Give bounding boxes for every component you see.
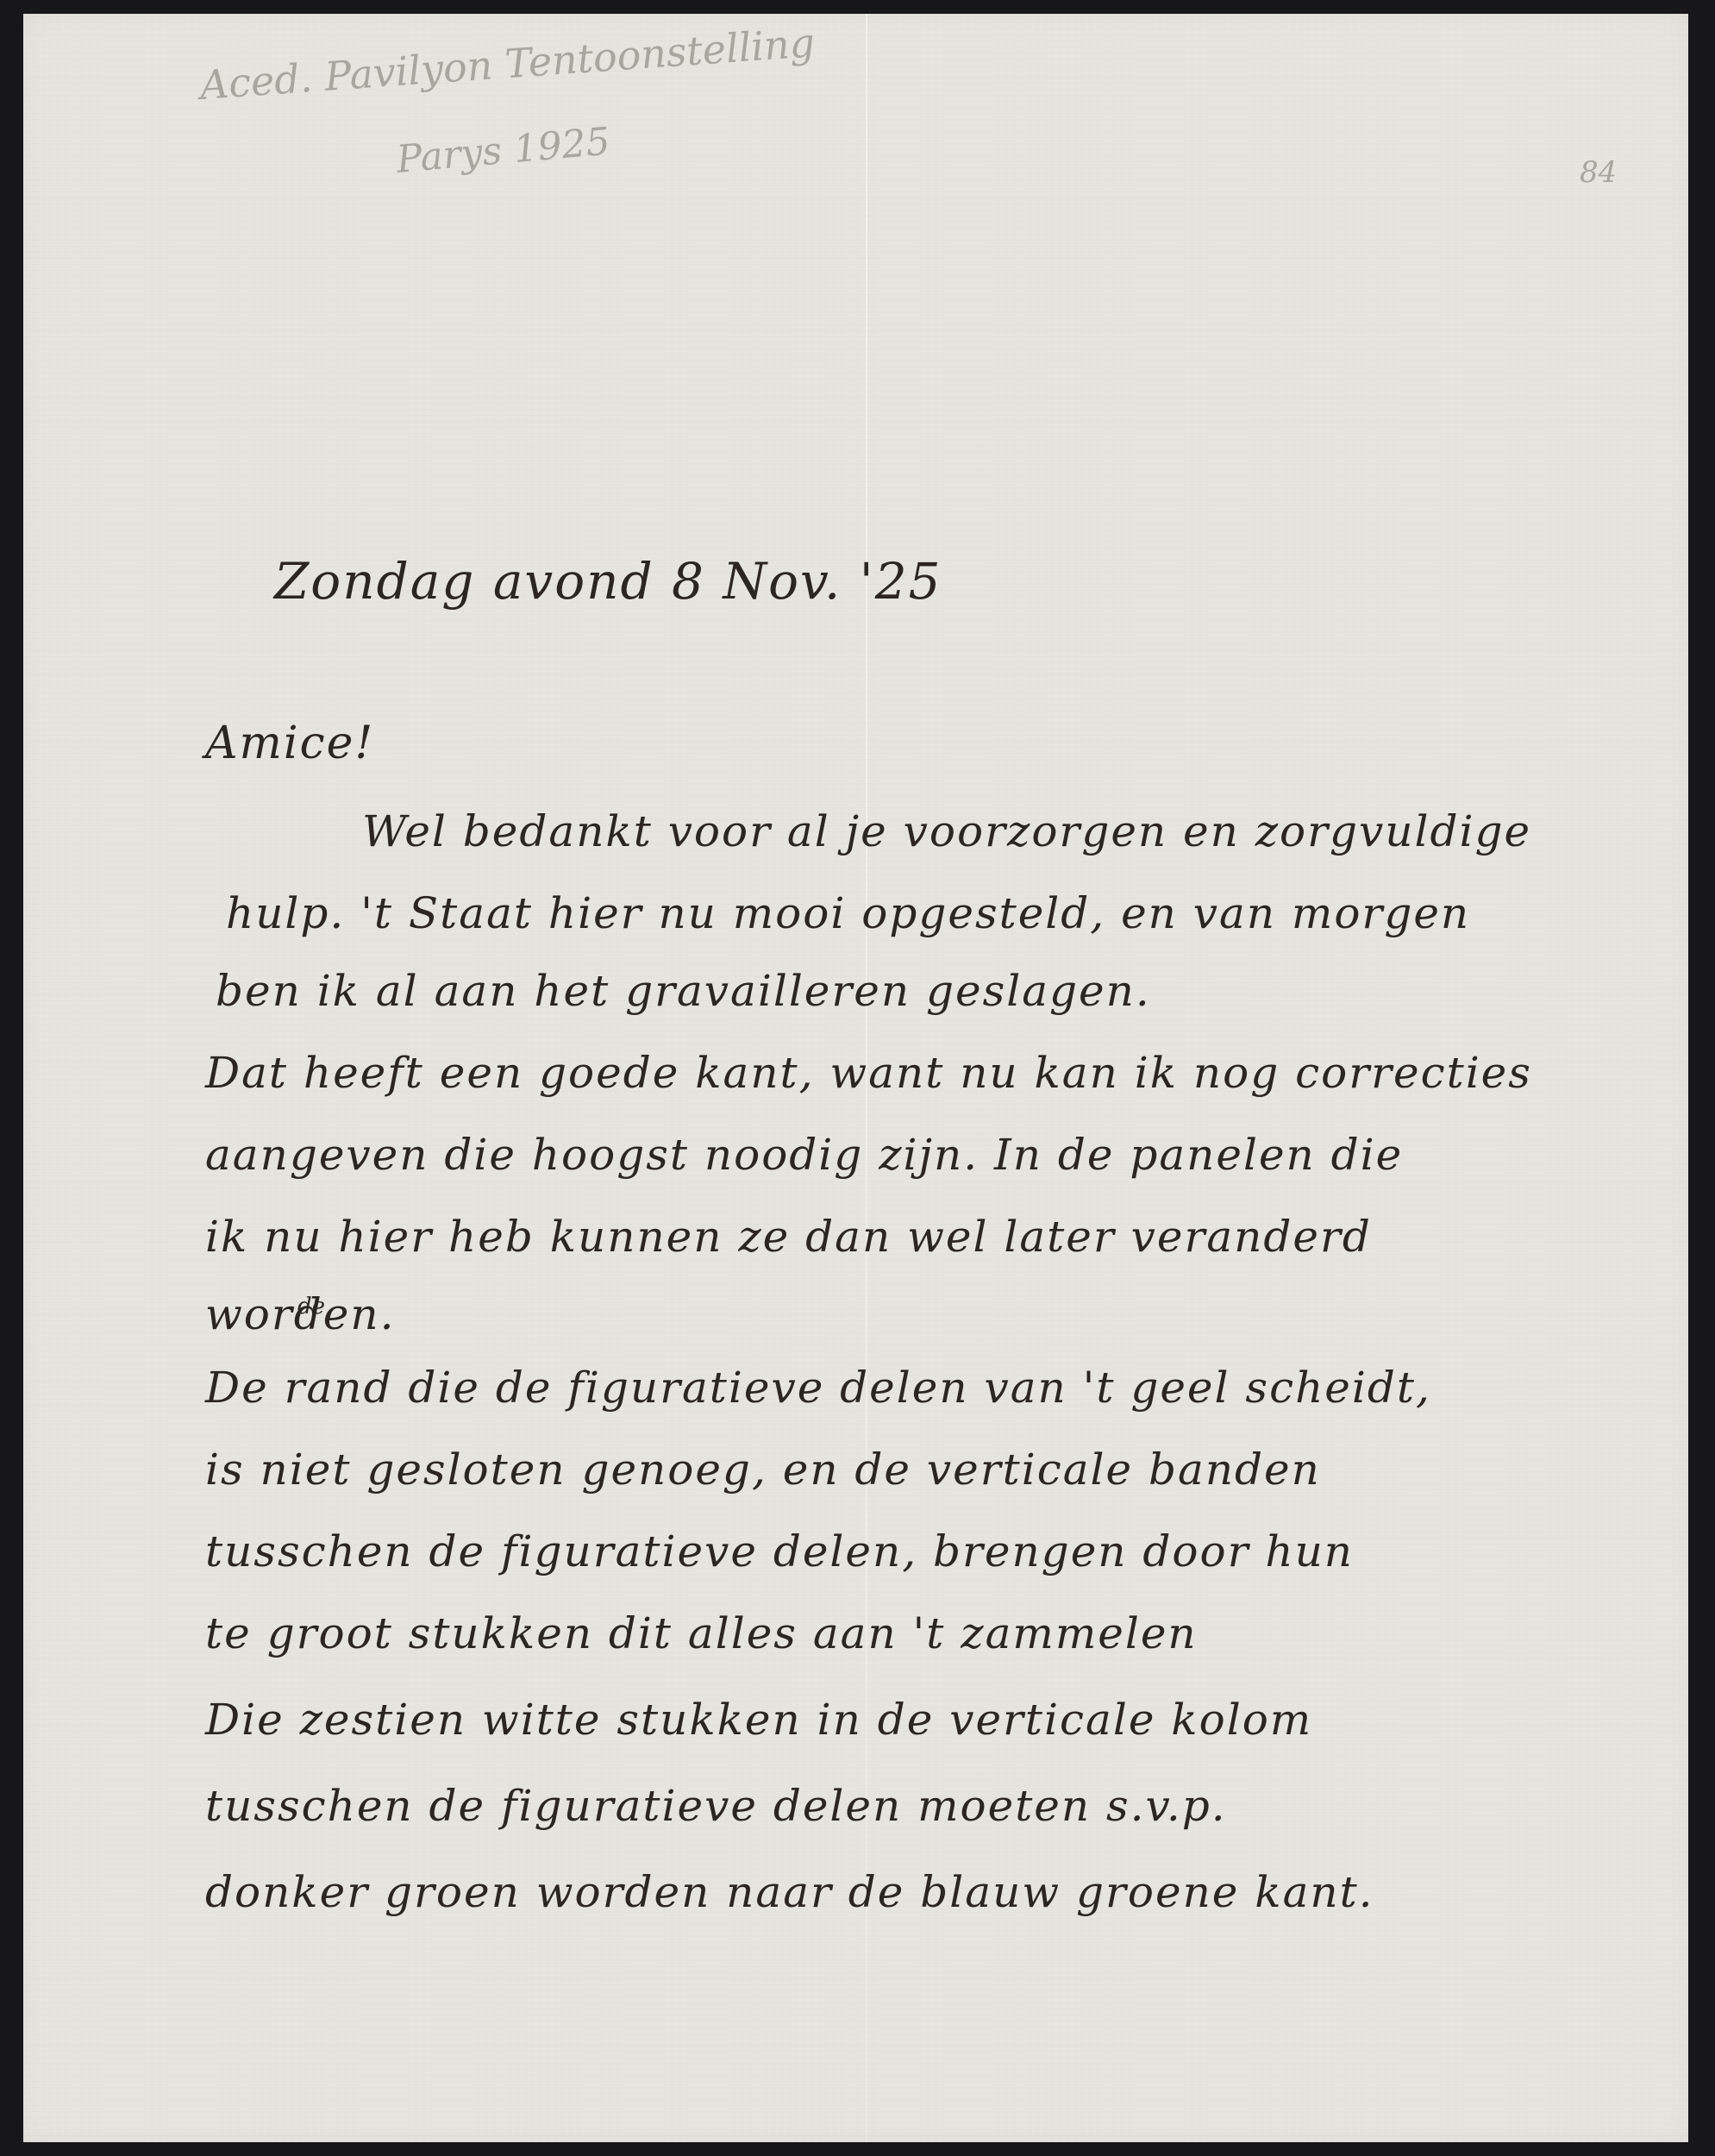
insertion-mark: de xyxy=(297,1294,325,1319)
body-line: Die zestien witte stukken in de vertical… xyxy=(205,1695,1312,1745)
letter-date: Zondag avond 8 Nov. '25 xyxy=(274,552,942,611)
body-line: is niet gesloten genoeg, en de verticale… xyxy=(205,1445,1321,1495)
body-line: aangeven die hoogst noodig zijn. In de p… xyxy=(205,1130,1403,1180)
body-line: ben ik al aan het gravailleren geslagen. xyxy=(216,966,1151,1016)
body-line: De rand die de figuratieve delen van 't … xyxy=(205,1363,1431,1413)
body-line: donker groen worden naar de blauw groene… xyxy=(205,1867,1374,1917)
body-line: tusschen de figuratieve delen, brengen d… xyxy=(205,1526,1354,1576)
body-line: Wel bedankt voor al je voorzorgen en zor… xyxy=(362,806,1531,856)
body-line: hulp. 't Staat hier nu mooi opgesteld, e… xyxy=(226,888,1470,938)
body-line: tusschen de figuratieve delen moeten s.v… xyxy=(205,1781,1227,1831)
body-line: Dat heeft een goede kant, want nu kan ik… xyxy=(205,1048,1532,1098)
page-number: 84 xyxy=(1580,155,1617,190)
body-line: ik nu hier heb kunnen ze dan wel later v… xyxy=(205,1212,1372,1262)
letter-salutation: Amice! xyxy=(205,718,374,769)
body-line: te groot stukken dit alles aan 't zammel… xyxy=(205,1608,1198,1658)
